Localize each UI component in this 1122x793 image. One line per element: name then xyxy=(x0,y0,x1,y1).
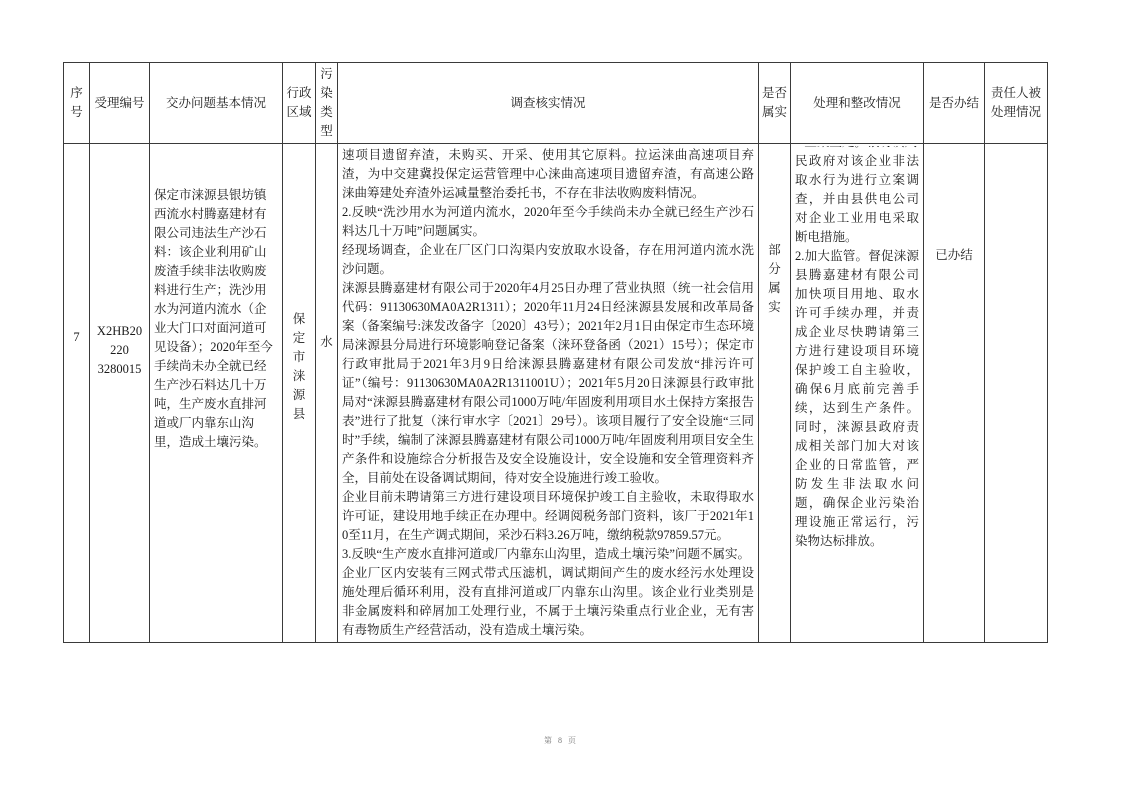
col-header-accountability: 责任人被处理情况 xyxy=(985,63,1048,144)
complaint-handling-table: 序号 受理编号 交办问题基本情况 行政区域 污染类型 调查核实情况 是否属实 处… xyxy=(63,62,1048,643)
col-header-status: 是否办结 xyxy=(924,63,985,144)
document-page: 序号 受理编号 交办问题基本情况 行政区域 污染类型 调查核实情况 是否属实 处… xyxy=(0,0,1122,793)
cell-status: 已办结 xyxy=(924,144,985,643)
cell-pollution-type: 水 xyxy=(316,144,338,643)
col-header-region: 行政区域 xyxy=(283,63,316,144)
cell-verified: 部分属实 xyxy=(759,144,791,643)
page-number: 第 8 页 xyxy=(0,735,1122,746)
cell-seq: 7 xyxy=(64,144,90,643)
col-header-problem: 交办问题基本情况 xyxy=(150,63,283,144)
cell-problem: 保定市涞源县银坊镇西流水村腾嘉建材有限公司违法生产沙石料：该企业利用矿山废渣手续… xyxy=(150,144,283,643)
header-row: 序号 受理编号 交办问题基本情况 行政区域 污染类型 调查核实情况 是否属实 处… xyxy=(64,63,1048,144)
region-text: 保定市涞源县 xyxy=(287,310,311,424)
status-text: 已办结 xyxy=(928,246,980,265)
problem-text: 保定市涞源县银坊镇西流水村腾嘉建材有限公司违法生产沙石料：该企业利用矿山废渣手续… xyxy=(154,186,278,452)
col-header-verified: 是否属实 xyxy=(759,63,791,144)
investigation-text: 速项目遗留弃渣，未购买、开采、使用其它原料。拉运涞曲高速项目弃渣，为中交建冀投保… xyxy=(342,146,754,640)
cell-accountability xyxy=(985,144,1048,643)
col-header-seq: 序号 xyxy=(64,63,90,144)
cell-case-no: X2HB20220 3280015 xyxy=(90,144,150,643)
pollution-type-text: 水 xyxy=(320,333,333,352)
table-row: 7 X2HB20220 3280015 保定市涞源县银坊镇西流水村腾嘉建材有限公… xyxy=(64,144,1048,643)
col-header-investigation: 调查核实情况 xyxy=(338,63,759,144)
cell-region: 保定市涞源县 xyxy=(283,144,316,643)
case-number: X2HB20220 3280015 xyxy=(94,322,145,379)
seq-number: 7 xyxy=(68,328,85,347)
cell-investigation: 速项目遗留弃渣，未购买、开采、使用其它原料。拉运涞曲高速项目弃渣，为中交建冀投保… xyxy=(338,144,759,643)
col-header-pollution-type: 污染类型 xyxy=(316,63,338,144)
col-header-handling: 处理和整改情况 xyxy=(791,63,924,144)
cell-handling: 1.立案查处。银坊镇人 民政府对该企业非法取水行为进行立案调查，并由县供电公司对… xyxy=(791,144,924,643)
verified-text: 部分属实 xyxy=(763,241,786,317)
col-header-case-no: 受理编号 xyxy=(90,63,150,144)
handling-text: 民政府对该企业非法取水行为进行立案调查，并由县供电公司对企业工业用电采取断电措施… xyxy=(795,152,919,551)
